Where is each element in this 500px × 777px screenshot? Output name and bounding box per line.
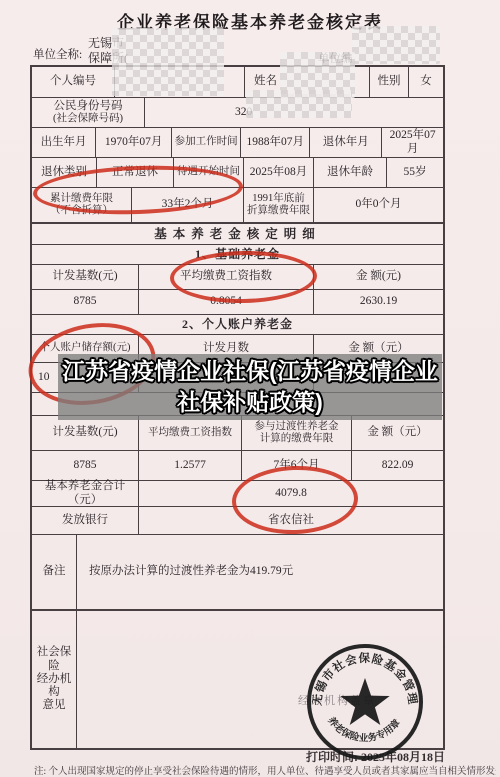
benefit-start-value: 2025年08月 [243, 158, 313, 187]
total-label: 基本养老金合计（元） [32, 481, 138, 506]
agency-label-line3: 意见 [43, 699, 66, 712]
citizen-id-label-line2: (社会保障号码) [53, 113, 123, 125]
scanned-pension-form: 企业养老保险基本养老金核定表 单位全称: 无锡市 保障所( 单位编 个人编号 姓… [0, 0, 500, 777]
citizen-id-label: 公民身份号码 (社会保障号码) [32, 98, 144, 127]
work-start-label: 参加工作时间 [171, 128, 240, 157]
remark-row: 备注 按原办法计算的过渡性养老金为419.79元 [32, 534, 443, 609]
retire-month-label: 退休年月 [309, 128, 381, 157]
redaction-mosaic-unit-name [112, 28, 224, 96]
sec3-transition-years-label: 参与过渡性养老金 计算的缴费年限 [241, 416, 351, 450]
bank-label: 发放银行 [32, 507, 138, 534]
round-stamp: 无锡市社会保险基金管理中心 养老保险业务专用章 [303, 640, 427, 764]
overlay-caption-line2: 社保补贴政策) [177, 387, 323, 418]
table-row-citizen-id: 公民身份号码 (社会保障号码) 320 [32, 97, 443, 127]
gender-label: 性别 [369, 67, 408, 97]
sec1-base-label: 计发基数(元) [32, 265, 138, 289]
table-row-person: 个人编号 姓名 性别 女 [32, 67, 443, 97]
section3-value-row: 8785 1.2577 7年6个月 822.09 [32, 450, 443, 480]
person-id-label: 个人编号 [32, 67, 114, 97]
sec3-amount-value: 822.09 [351, 451, 443, 480]
agency-label-line2: 经办机构 [34, 673, 74, 699]
birth-label: 出生年月 [32, 128, 95, 157]
agency-label: 社会保险 经办机构 意见 [32, 611, 76, 748]
sec1-amount-value: 2630.19 [313, 290, 443, 314]
redaction-mosaic-citizen-id [246, 90, 352, 118]
svg-text:养老保险业务专用章: 养老保险业务专用章 [325, 715, 403, 745]
remark-label: 备注 [32, 535, 76, 609]
overlay-caption-line1: 江苏省疫情企业社保(江苏省疫情企业 [62, 356, 438, 387]
sec1-base-value: 8785 [32, 290, 138, 314]
redaction-mosaic-unit-code [352, 26, 440, 64]
gender-value: 女 [408, 67, 443, 97]
pre1991-label: 1991年底前 折算缴费年限 [243, 188, 313, 222]
retire-age-label: 退休年龄 [313, 158, 386, 187]
sec3-index-label: 平均缴费工资指数 [138, 416, 241, 450]
sec1-amount-label: 金 额(元) [313, 265, 443, 289]
footnote: 注: 个人出现国家规定的停止享受社会保险待遇的情形，用人单位、待遇享受人员或者其… [34, 763, 496, 777]
pre1991-value: 0年0个月 [313, 188, 443, 222]
agency-label-line1: 社会保险 [34, 646, 74, 672]
table-row-birth: 出生年月 1970年07月 参加工作时间 1988年07月 退休年月 2025年… [32, 127, 443, 157]
pre1991-label-line2: 折算缴费年限 [247, 205, 310, 217]
section3-header-row: 计发基数(元) 平均缴费工资指数 参与过渡性养老金 计算的缴费年限 金 额（元） [32, 415, 443, 450]
overlay-caption-banner: 江苏省疫情企业社保(江苏省疫情企业 社保补贴政策) [58, 354, 442, 420]
unit-name-label: 单位全称: [33, 46, 82, 62]
retire-age-value: 55岁 [386, 158, 443, 187]
work-start-value: 1988年07月 [240, 128, 309, 157]
sec3-transition-label-line2: 计算的缴费年限 [260, 433, 334, 445]
pre1991-label-line1: 1991年底前 [252, 193, 305, 205]
sec3-base-label: 计发基数(元) [32, 416, 138, 450]
citizen-id-label-line1: 公民身份号码 [54, 100, 123, 113]
birth-value: 1970年07月 [95, 128, 171, 157]
detail-section-header-row: 基本养老金核定明细 [32, 222, 443, 244]
sec3-transition-label-line1: 参与过渡性养老金 [255, 421, 339, 433]
sec3-amount-label: 金 额（元） [351, 416, 443, 450]
retire-month-value: 2025年07月 [381, 128, 443, 157]
stamp-star-icon [340, 678, 389, 725]
stamp-bottom-text: 养老保险业务专用章 [325, 715, 403, 745]
remark-value: 按原办法计算的过渡性养老金为419.79元 [76, 535, 443, 609]
sec3-base-value: 8785 [32, 451, 138, 480]
detail-section-header: 基本养老金核定明细 [32, 224, 443, 244]
sec3-index-value: 1.2577 [138, 451, 241, 480]
